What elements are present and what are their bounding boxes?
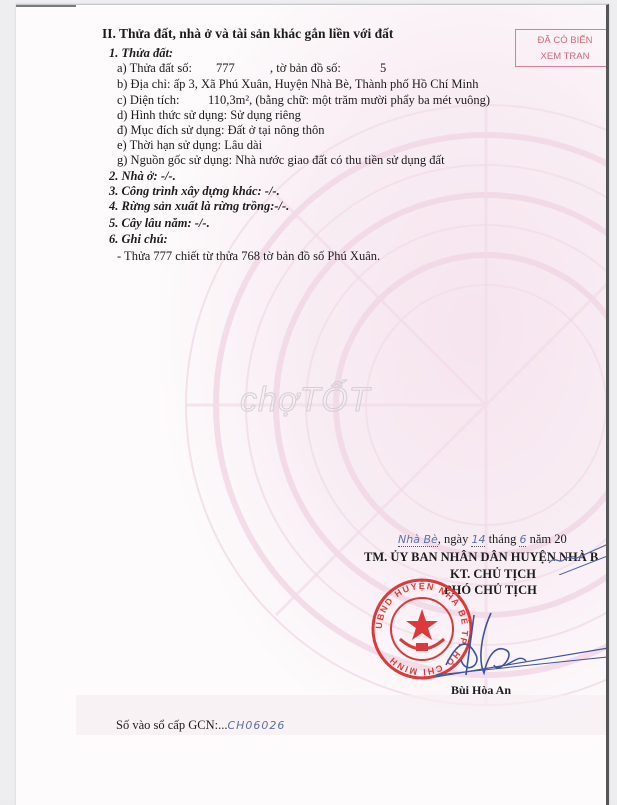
date-prefix: , ngày (438, 532, 469, 546)
perennial-trees-section: 5. Cây lâu năm: -/-. (109, 217, 210, 230)
parcel-number: 777 (216, 62, 235, 75)
house-section: 2. Nhà ở: -/-. (109, 170, 176, 183)
stamp-line-1: ĐÃ CÓ BIẾN (516, 33, 609, 49)
map-sheet-label: , tờ bản đồ số: (270, 62, 341, 75)
document-viewer: ĐÃ CÓ BIẾN XEM TRAN II. Thửa đất, nhà ở … (0, 0, 617, 800)
stamp-line-2: XEM TRAN (516, 49, 609, 65)
usage-term: e) Thời hạn sử dụng: Lâu dài (117, 139, 262, 152)
other-construction-section: 3. Công trình xây dựng khác: -/-. (109, 185, 280, 198)
map-sheet-number: 5 (380, 62, 386, 75)
chotot-watermark: chợTỐT (240, 381, 370, 420)
registry-label: Số vào sổ cấp GCN:... (116, 718, 227, 732)
registry-line: Số vào sổ cấp GCN:...CH06026 (116, 719, 285, 732)
date-line: Nhà Bè, ngày 14 tháng 6 năm 20 (398, 533, 567, 546)
section-title: II. Thửa đất, nhà ở và tài sản khác gắn … (102, 27, 393, 41)
page-edge-shadow (16, 5, 76, 7)
area-value: 110,3m², (bằng chữ: một trăm mười phẩy b… (208, 94, 490, 107)
handwritten-signature (436, 605, 609, 695)
address: b) Địa chỉ: ấp 3, Xã Phú Xuân, Huyện Nhà… (117, 78, 479, 91)
parcel-number-label: a) Thửa đất số: (117, 62, 192, 75)
signer-name: Bùi Hòa An (451, 684, 511, 696)
usage-purpose: đ) Mục đích sử dụng: Đất ở tại nông thôn (117, 124, 324, 137)
initial-signature (547, 535, 609, 575)
land-parcel-heading: 1. Thửa đất: (109, 47, 173, 60)
notes-heading: 6. Ghi chú: (109, 233, 168, 246)
month-label: tháng (489, 532, 517, 546)
place-handwritten: Nhà Bè (398, 533, 438, 547)
registry-number: CH06026 (227, 719, 285, 732)
day-handwritten: 14 (471, 533, 485, 547)
usage-origin: g) Nguồn gốc sử dụng: Nhà nước giao đất … (117, 154, 445, 167)
planted-forest-section: 4. Rừng sản xuất là rừng trồng:-/-. (109, 200, 289, 213)
certificate-page: ĐÃ CÓ BIẾN XEM TRAN II. Thửa đất, nhà ở … (16, 4, 609, 800)
month-handwritten: 6 (519, 533, 526, 547)
area-label: c) Diện tích: (117, 94, 179, 107)
usage-form: d) Hình thức sử dụng: Sử dụng riêng (117, 109, 301, 122)
annotation-stamp: ĐÃ CÓ BIẾN XEM TRAN (515, 29, 609, 67)
notes-text: - Thửa 777 chiết từ thửa 768 tờ bản đồ s… (117, 250, 380, 263)
